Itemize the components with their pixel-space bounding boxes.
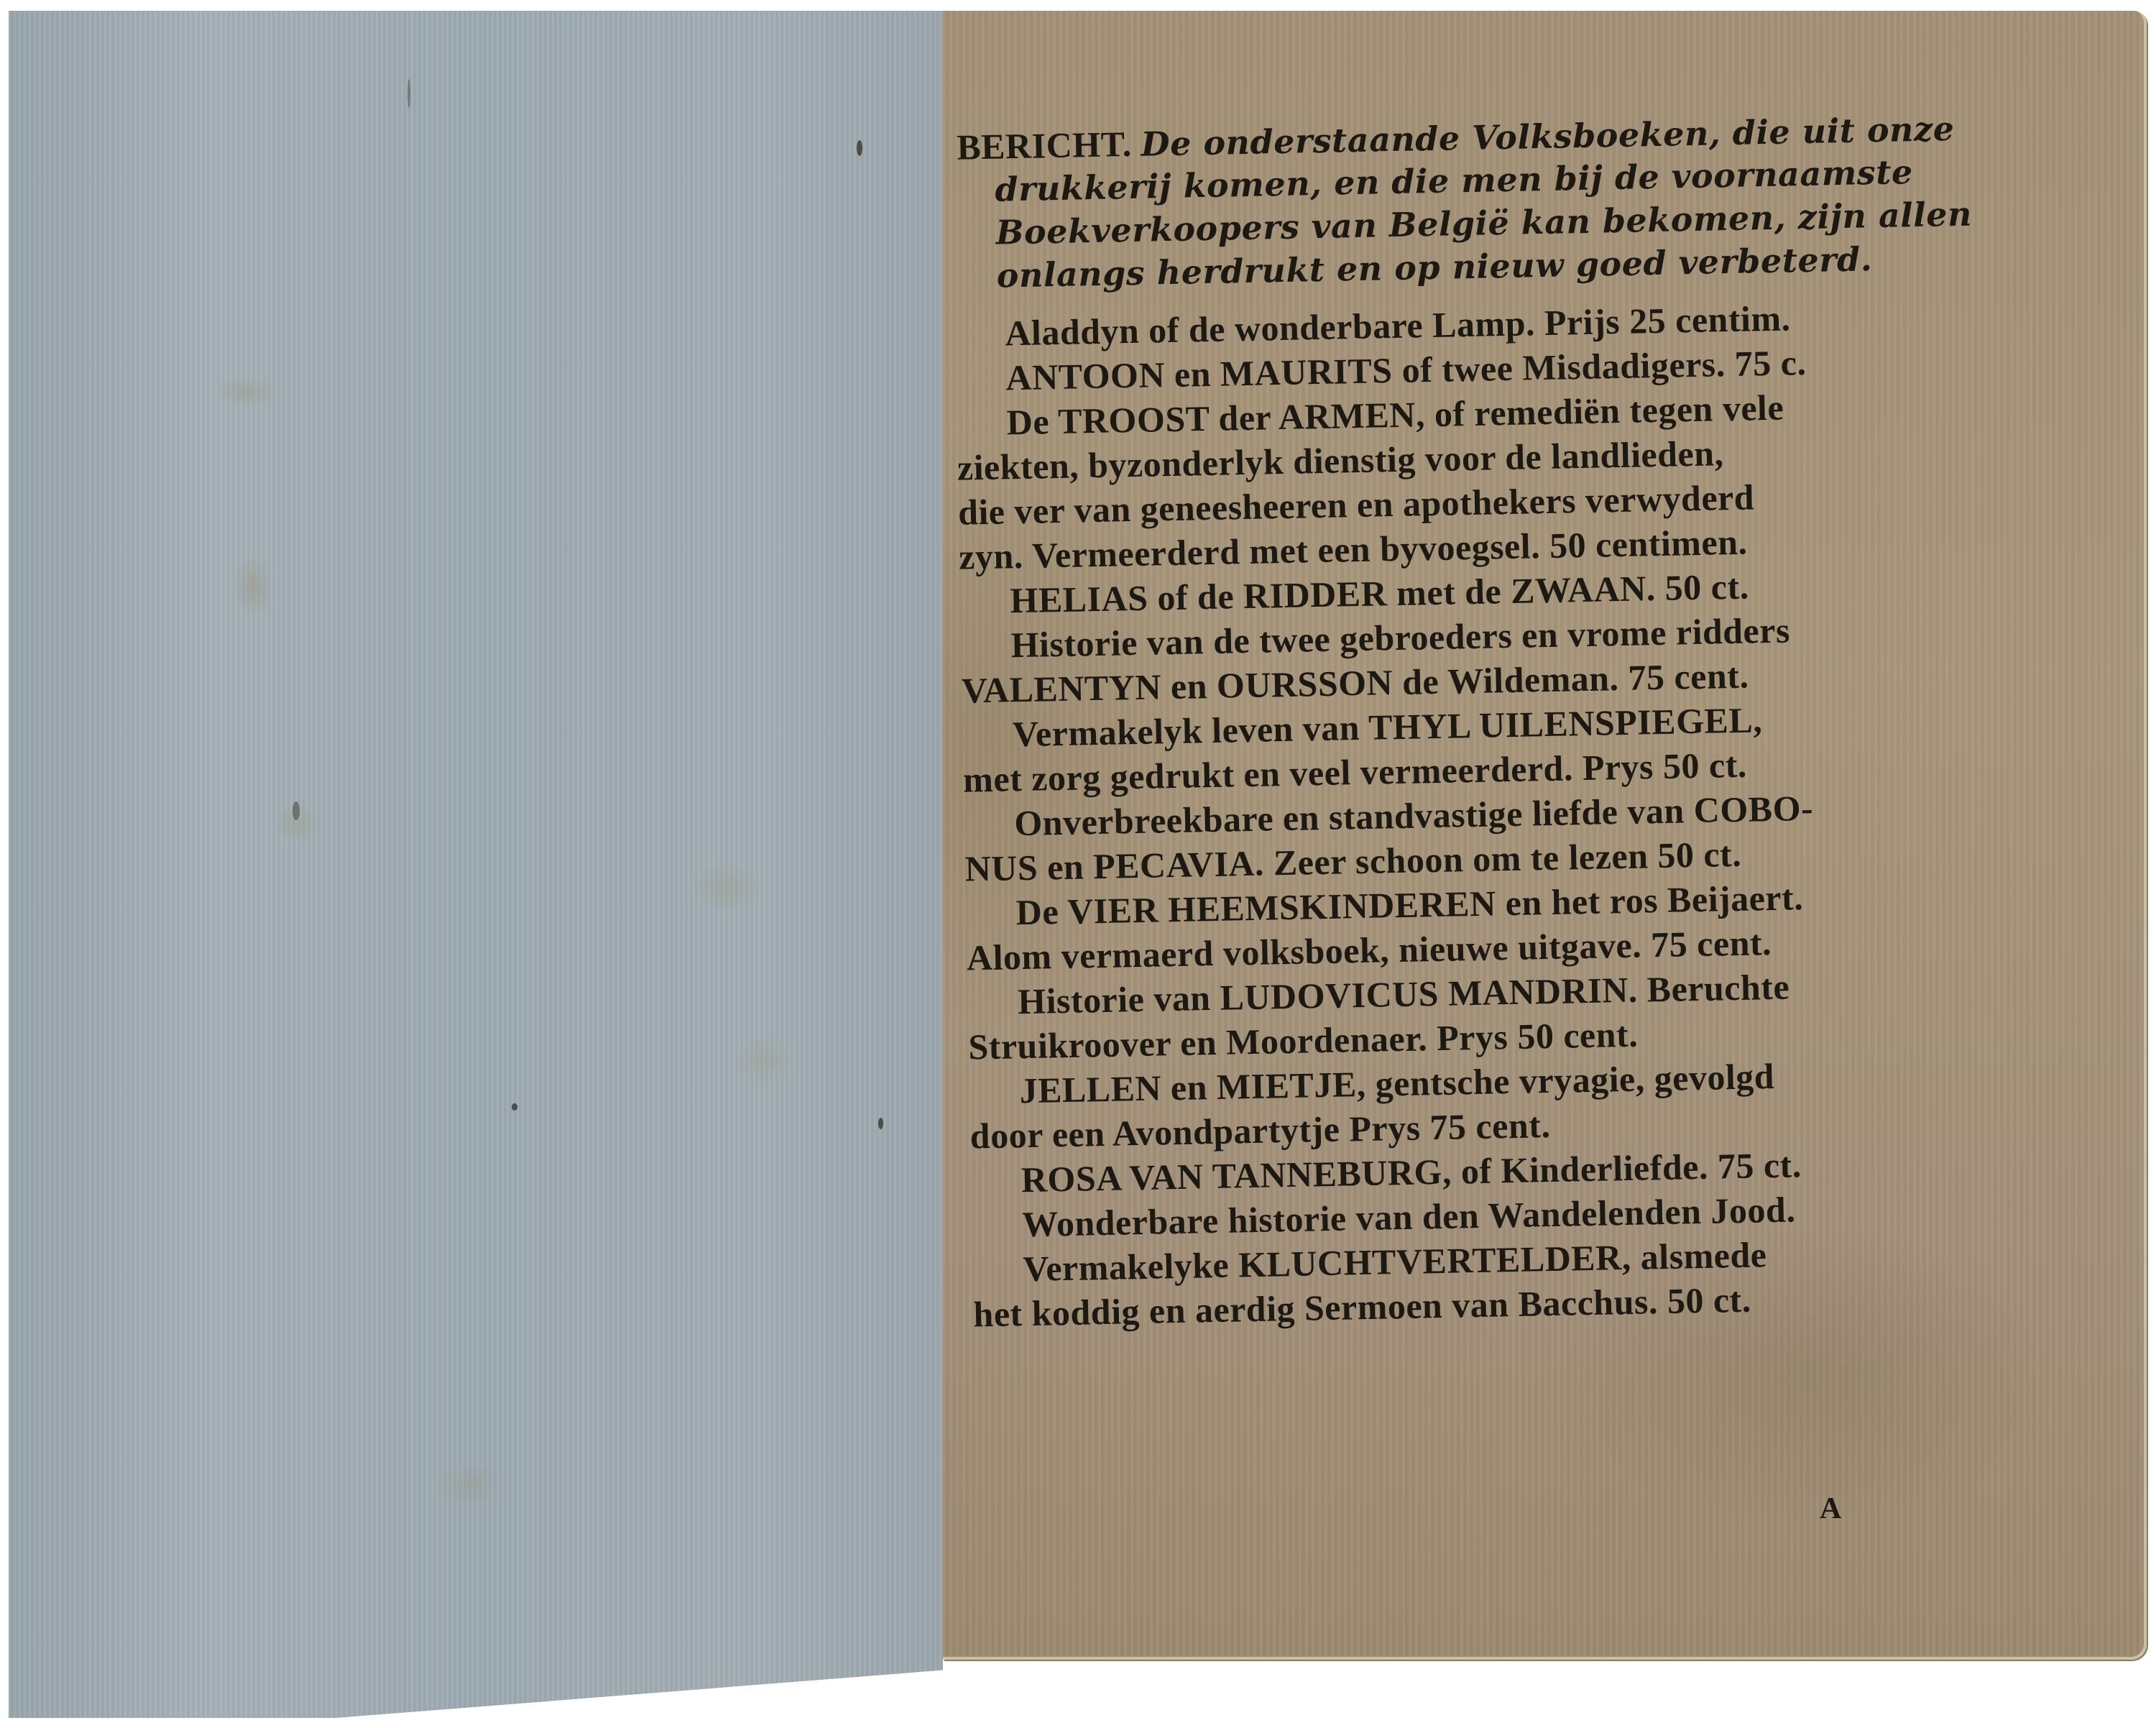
paper-speck: [857, 140, 862, 156]
paper-speck: [512, 1103, 517, 1111]
right-page-catalog: BERICHT. De onderstaande Volksboeken, di…: [943, 11, 2147, 1660]
paper-speck: [407, 79, 410, 108]
notice-heading: BERICHT.: [957, 124, 1132, 167]
paper-speck: [292, 801, 300, 820]
catalog-text: BERICHT. De onderstaande Volksboeken, di…: [943, 76, 2035, 97]
paper-speck: [878, 1118, 883, 1129]
left-page-blank-cover: [9, 11, 943, 1718]
signature-mark: A: [1820, 1492, 1841, 1526]
